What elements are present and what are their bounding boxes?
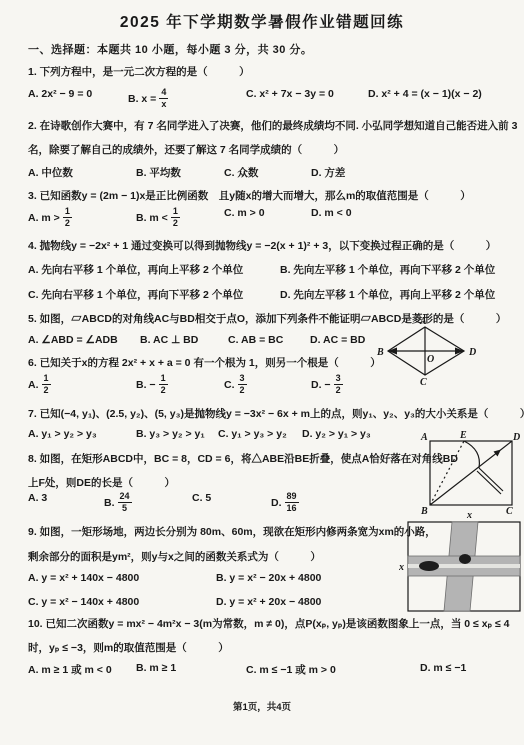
path-width-label-top: x	[466, 510, 472, 521]
q8-option-b: B. 24 5	[104, 492, 132, 513]
question-9-stem-line2: 剩余部分的面积是ym²，则y与x之间的函数关系式为（ ）	[28, 549, 321, 564]
fraction-denominator: x	[161, 99, 166, 109]
q6-option-b-fraction: 1 2	[159, 374, 168, 395]
q6-option-a-fraction: 1 2	[42, 374, 51, 395]
question-4-options-row2: C. 先向右平移 1 个单位，再向下平移 2 个单位 D. 先向左平移 1 个单…	[28, 287, 518, 307]
q10-option-c: C. m ≤ −1 或 m > 0	[246, 662, 336, 677]
q10-option-b: B. m ≥ 1	[136, 662, 176, 674]
q9-option-a: A. y = x² + 140x − 4800	[28, 572, 139, 584]
vertex-label-a: A	[420, 432, 428, 443]
q6-option-b: B. − 1 2	[136, 374, 168, 395]
q1-option-a: A. 2x² − 9 = 0	[28, 88, 92, 100]
question-10-options: A. m ≥ 1 或 m < 0 B. m ≥ 1 C. m ≤ −1 或 m …	[28, 662, 518, 682]
page-title: 2025 年下学期数学暑假作业错题回练	[0, 10, 524, 32]
fraction-numerator: 1	[159, 374, 168, 385]
exam-paper-page: 2025 年下学期数学暑假作业错题回练 一、选择题：本题共 10 小题，每小题 …	[0, 0, 524, 745]
q2-option-a: A. 中位数	[28, 165, 73, 180]
vertex-label-d: D	[512, 432, 520, 443]
fraction-denominator: 2	[336, 385, 341, 395]
ink-smudge-2	[459, 554, 471, 564]
crease-segment	[479, 468, 503, 491]
q2-option-c: C. 众数	[224, 165, 258, 180]
question-4-options-row1: A. 先向右平移 1 个单位，再向上平移 2 个单位 B. 先向左平移 1 个单…	[28, 262, 518, 282]
question-3-options: A. m > 1 2 B. m < 1 2 C. m > 0 D. m < 0	[28, 207, 518, 227]
q4-option-d: D. 先向左平移 1 个单位，再向上平移 2 个单位	[280, 287, 495, 302]
question-8-stem-line1: 8. 如图，在矩形ABCD中，BC = 8，CD = 6，将△ABE沿BE折叠，…	[28, 451, 458, 466]
section-header: 一、选择题：本题共 10 小题，每小题 3 分，共 30 分。	[28, 41, 312, 57]
q1-option-b-fraction: 4 x	[159, 88, 168, 109]
fold-line-be-dotted	[430, 441, 464, 505]
page-footer: 第1页，共4页	[0, 699, 524, 713]
question-1-stem: 1. 下列方程中，是一元二次方程的是（ ）	[28, 64, 250, 79]
figure-rectangle-paths-q9: x x	[399, 507, 524, 617]
q4-option-a: A. 先向右平移 1 个单位，再向上平移 2 个单位	[28, 262, 243, 277]
q5-option-b: B. AC ⊥ BD	[140, 334, 198, 346]
fraction-numerator: 1	[171, 207, 180, 218]
q6-option-a: A. 1 2	[28, 374, 51, 395]
fraction-numerator: 3	[238, 374, 247, 385]
q10-option-d: D. m ≤ −1	[420, 662, 466, 674]
question-7-stem: 7. 已知(−4, y₁)、(2.5, y₂)、(5, y₃)是抛物线y = −…	[28, 406, 524, 421]
fraction-denominator: 2	[240, 385, 245, 395]
vertex-label-b: B	[376, 347, 384, 358]
q1-option-b-text: B. x =	[128, 93, 156, 105]
question-2-options: A. 中位数 B. 平均数 C. 众数 D. 方差	[28, 165, 518, 185]
question-9-stem-line1: 9. 如图，一矩形场地，两边长分别为 80m、60m，现欲在矩形内修两条宽为xm…	[28, 524, 436, 539]
q6-option-c: C. 3 2	[224, 374, 247, 395]
q9-option-b: B. y = x² − 20x + 4800	[216, 572, 321, 584]
fraction-numerator: 89	[285, 492, 299, 503]
center-label-o: O	[427, 354, 434, 365]
q3-option-b: B. m < 1 2	[136, 207, 180, 228]
path-width-label-left: x	[399, 562, 404, 573]
fold-arc-ef	[464, 441, 479, 468]
fraction-denominator: 2	[161, 385, 166, 395]
q4-option-b: B. 先向左平移 1 个单位，再向下平移 2 个单位	[280, 262, 495, 277]
q6-option-d-text: D. −	[311, 379, 331, 391]
q10-option-a: A. m ≥ 1 或 m < 0	[28, 662, 112, 677]
q8-option-d-fraction: 89 16	[285, 492, 299, 513]
q6-option-c-fraction: 3 2	[238, 374, 247, 395]
fraction-numerator: 1	[63, 207, 72, 218]
fraction-numerator: 1	[42, 374, 51, 385]
q2-option-b: B. 平均数	[136, 165, 181, 180]
q3-option-a-fraction: 1 2	[63, 207, 72, 228]
q3-option-c: C. m > 0	[224, 207, 265, 219]
question-10-stem-line2: 时，yₚ ≤ −3，则m的取值范围是（ ）	[28, 640, 229, 655]
fraction-denominator: 2	[44, 385, 49, 395]
figure-rhombus-q5: A B D C O	[376, 315, 480, 385]
q3-option-b-fraction: 1 2	[171, 207, 180, 228]
q7-option-c: C. y₁ > y₃ > y₂	[218, 428, 287, 440]
crease-segment-2	[477, 471, 501, 494]
q8-option-b-fraction: 24 5	[118, 492, 132, 513]
question-1-options: A. 2x² − 9 = 0 B. x = 4 x C. x² + 7x − 3…	[28, 88, 518, 108]
question-2-stem-line2: 名，除要了解自己的成绩外，还要了解这 7 名同学成绩的（ ）	[28, 142, 344, 157]
q1-option-b: B. x = 4 x	[128, 88, 168, 109]
q5-option-a: A. ∠ABD = ∠ADB	[28, 334, 118, 346]
fraction-denominator: 5	[122, 503, 127, 513]
q7-option-b: B. y₃ > y₂ > y₁	[136, 428, 205, 440]
q8-option-c: C. 5	[192, 492, 211, 504]
q8-option-a: A. 3	[28, 492, 47, 504]
q3-option-a-text: A. m >	[28, 212, 60, 224]
arrowhead-diagonal	[494, 450, 502, 457]
q6-option-a-text: A.	[28, 379, 39, 391]
question-4-stem: 4. 抛物线y = −2x² + 1 通过变换可以得到抛物线y = −2(x +…	[28, 238, 496, 253]
figure-rectangle-fold-q8: A E D B C	[419, 428, 521, 516]
fraction-numerator: 4	[159, 88, 168, 99]
fraction-numerator: 24	[118, 492, 132, 503]
q4-option-c: C. 先向右平移 1 个单位，再向下平移 2 个单位	[28, 287, 243, 302]
q7-option-a: A. y₁ > y₂ > y₃	[28, 428, 97, 440]
q1-option-d: D. x² + 4 = (x − 1)(x − 2)	[368, 88, 482, 100]
q6-option-d: D. − 3 2	[311, 374, 343, 395]
q8-option-b-text: B.	[104, 497, 115, 509]
fraction-denominator: 2	[65, 218, 70, 228]
q6-option-c-text: C.	[224, 379, 235, 391]
q9-option-c: C. y = x² − 140x + 4800	[28, 596, 139, 608]
question-8-stem-line2: 上F处，则DE的长是（ ）	[28, 475, 175, 490]
q3-option-b-text: B. m <	[136, 212, 168, 224]
question-2-stem-line1: 2. 在诗歌创作大赛中，有 7 名同学进入了决赛，他们的最终成绩均不同. 小弘同…	[28, 118, 517, 133]
q9-option-d: D. y = x² + 20x − 4800	[216, 596, 321, 608]
fraction-numerator: 3	[334, 374, 343, 385]
point-label-e: E	[459, 430, 467, 441]
question-3-stem: 3. 已知函数y = (2m − 1)x是正比例函数 且y随x的增大而增大，那么…	[28, 188, 471, 203]
vertex-label-c: C	[420, 377, 427, 385]
question-10-stem-line1: 10. 已知二次函数y = mx² − 4m²x − 3(m为常数，m ≠ 0)…	[28, 616, 510, 631]
q3-option-a: A. m > 1 2	[28, 207, 72, 228]
q8-option-d: D. 89 16	[271, 492, 299, 513]
q2-option-d: D. 方差	[311, 165, 345, 180]
q6-option-b-text: B. −	[136, 379, 156, 391]
q1-option-c: C. x² + 7x − 3y = 0	[246, 88, 334, 100]
q7-option-d: D. y₂ > y₁ > y₃	[302, 428, 371, 440]
q5-option-c: C. AB = BC	[228, 334, 283, 346]
q8-option-d-text: D.	[271, 497, 282, 509]
ink-smudge-1	[419, 561, 439, 571]
fraction-denominator: 2	[173, 218, 178, 228]
q6-option-d-fraction: 3 2	[334, 374, 343, 395]
question-6-stem: 6. 已知关于x的方程 2x² + x + a = 0 有一个根为 1，则另一个…	[28, 355, 381, 370]
vertex-label-d: D	[468, 347, 476, 358]
q5-option-d: D. AC = BD	[310, 334, 365, 346]
vertex-label-a: A	[419, 316, 427, 327]
fraction-denominator: 16	[287, 503, 297, 513]
q3-option-d: D. m < 0	[311, 207, 352, 219]
